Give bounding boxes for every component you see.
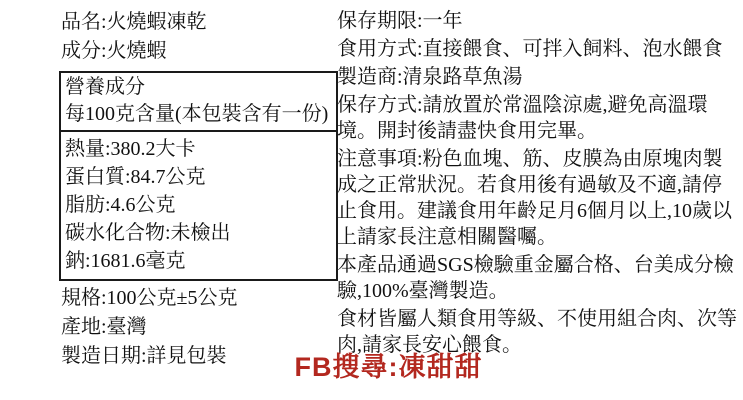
product-name-line: 品名:火燒蝦凍乾	[61, 8, 343, 37]
ingredients-line: 成分:火燒蝦	[61, 37, 343, 66]
nutrition-row-protein: 蛋白質:84.7公克	[65, 163, 332, 191]
nutrition-row-calories: 熱量:380.2大卡	[65, 135, 332, 163]
storage-paragraph: 保存方式:請放置於常溫陰涼處,避免高溫環境。開封後請盡快食用完畢。	[337, 92, 741, 144]
nutrition-table-header: 營養成分 每100克含量(本包裝含有一份)	[61, 73, 336, 132]
origin-line: 產地:臺灣	[61, 313, 343, 342]
product-label-page: 品名:火燒蝦凍乾 成分:火燒蝦 營養成分 每100克含量(本包裝含有一份) 熱量…	[0, 0, 743, 400]
nutrition-table-body: 熱量:380.2大卡 蛋白質:84.7公克 脂肪:4.6公克 碳水化合物:未檢出…	[61, 132, 336, 279]
nutrition-row-sodium: 鈉:1681.6毫克	[65, 247, 332, 275]
manufacturer-line: 製造商:清泉路草魚湯	[337, 64, 741, 90]
feeding-method-line: 食用方式:直接餵食、可拌入飼料、泡水餵食	[337, 36, 741, 62]
caution-paragraph: 注意事項:粉色血塊、筋、皮膜為由原塊肉製成之正常狀況。若食用後有過敏及不適,請停…	[337, 146, 741, 250]
certification-paragraph: 本產品通過SGS檢驗重金屬合格、台美成分檢驗,100%臺灣製造。	[337, 252, 741, 304]
nutrition-row-carbohydrate: 碳水化合物:未檢出	[65, 219, 332, 247]
right-column: 保存期限:一年 食用方式:直接餵食、可拌入飼料、泡水餵食 製造商:清泉路草魚湯 …	[337, 8, 741, 360]
spec-line: 規格:100公克±5公克	[61, 284, 343, 313]
shelf-life-line: 保存期限:一年	[337, 8, 741, 34]
left-column: 品名:火燒蝦凍乾 成分:火燒蝦 營養成分 每100克含量(本包裝含有一份) 熱量…	[61, 8, 343, 371]
nutrition-row-fat: 脂肪:4.6公克	[65, 191, 332, 219]
nutrition-facts-table: 營養成分 每100克含量(本包裝含有一份) 熱量:380.2大卡 蛋白質:84.…	[59, 71, 338, 281]
serving-size-line: 每100克含量(本包裝含有一份)	[65, 101, 332, 128]
fb-search-banner: FB搜尋:凍甜甜	[0, 351, 743, 383]
nutrition-title: 營養成分	[65, 74, 332, 101]
